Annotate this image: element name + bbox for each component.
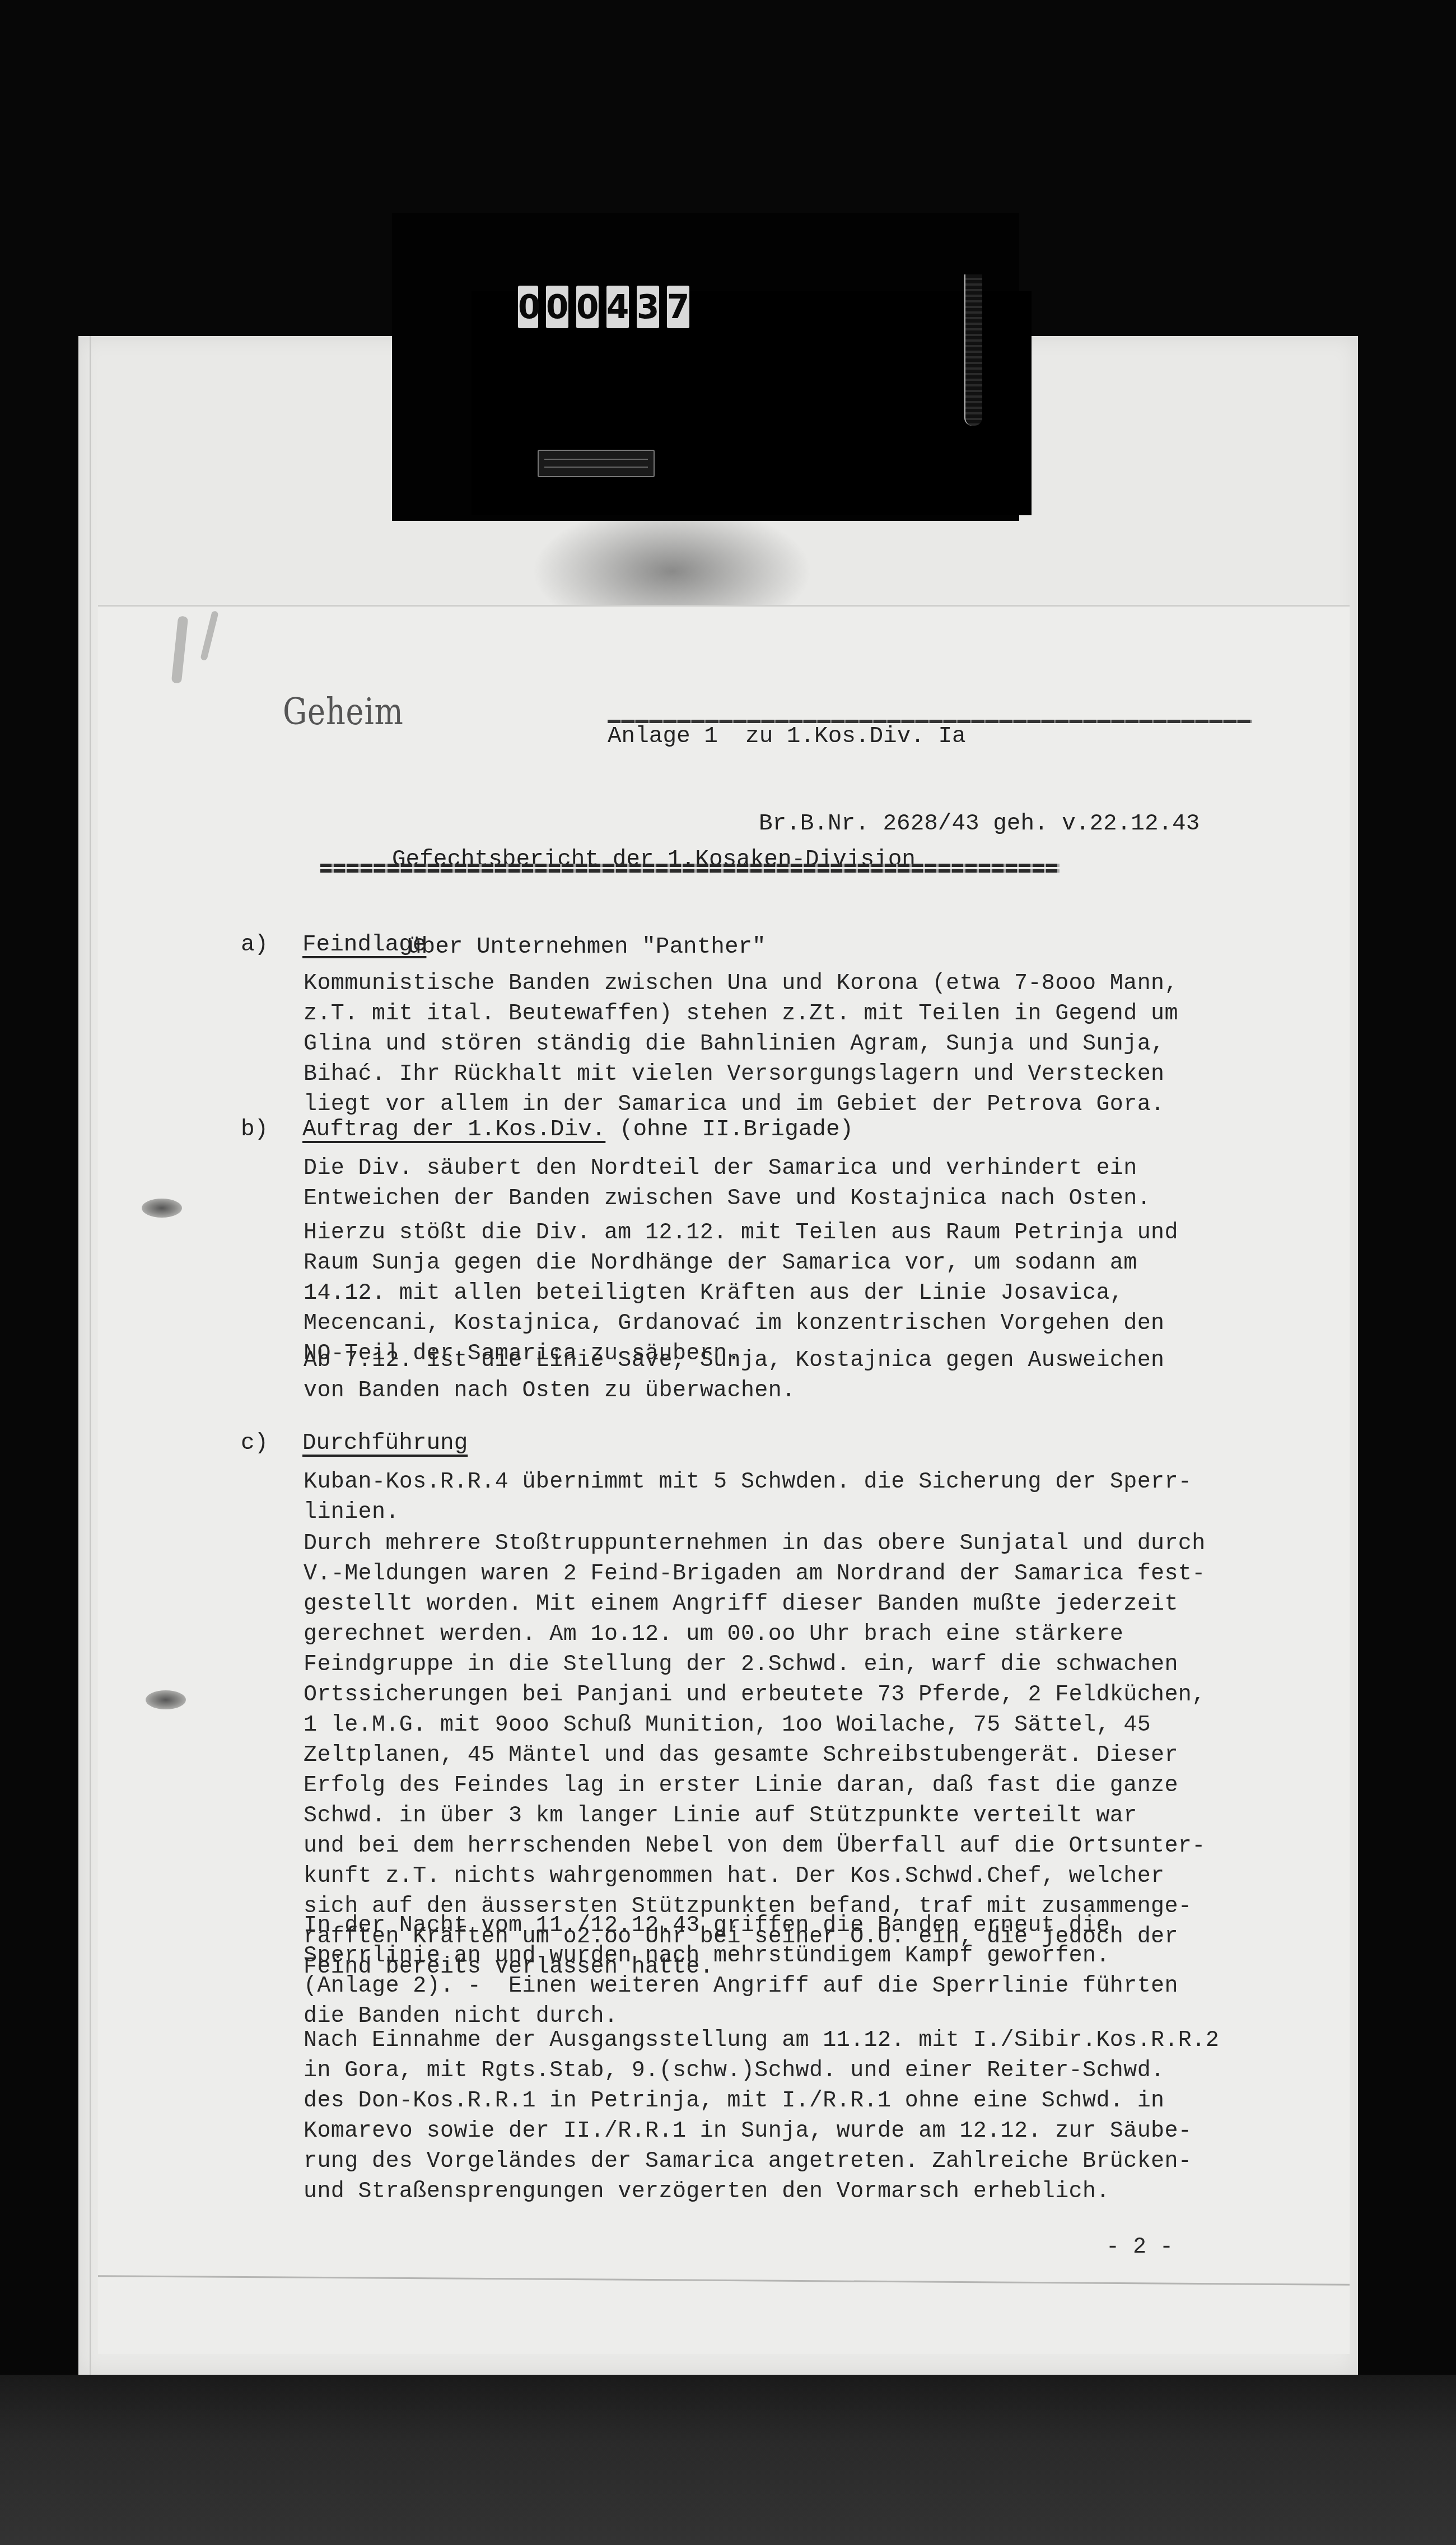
section-letter: b) bbox=[241, 1115, 268, 1145]
section-heading-text: Auftrag der 1.Kos.Div. bbox=[302, 1117, 605, 1143]
counter-digit: 0 bbox=[546, 286, 568, 328]
counter-label-plate bbox=[538, 450, 655, 477]
page-fold-line bbox=[98, 2275, 1350, 2286]
report-title: Gefechtsbericht der 1.Kosaken-Division ü… bbox=[392, 787, 916, 991]
counter-digit: 7 bbox=[667, 286, 689, 328]
paragraph: Die Div. säubert den Nordteil der Samari… bbox=[304, 1154, 1151, 1214]
page-number: - 2 - bbox=[1106, 2235, 1173, 2260]
section-heading: Durchführung bbox=[302, 1428, 468, 1458]
counter-digit: 0 bbox=[518, 286, 538, 328]
film-background bbox=[0, 2375, 1456, 2545]
section-heading: Feindlage bbox=[302, 930, 426, 960]
paragraph: Kuban-Kos.R.R.4 übernimmt mit 5 Schwden.… bbox=[304, 1467, 1192, 1528]
title-double-rule bbox=[320, 864, 1060, 873]
classification-stamp: Geheim bbox=[283, 690, 404, 733]
sheet-edge bbox=[90, 336, 91, 2375]
section-letter: a) bbox=[241, 930, 268, 960]
section-heading-text: Durchführung bbox=[302, 1430, 468, 1456]
section-letter: c) bbox=[241, 1428, 268, 1458]
counter-digit: 3 bbox=[637, 286, 659, 328]
section-heading: Auftrag der 1.Kos.Div. (ohne II.Brigade) bbox=[302, 1115, 853, 1145]
reference-line-1: Anlage 1 zu 1.Kos.Div. Ia bbox=[608, 722, 1200, 751]
punch-hole bbox=[142, 1199, 182, 1218]
punch-hole bbox=[146, 1690, 186, 1709]
frame-counter: 0 0 0 4 3 7 bbox=[518, 286, 689, 328]
reference-underline bbox=[608, 720, 1252, 723]
paragraph: Kommunistische Banden zwischen Una und K… bbox=[304, 969, 1178, 1120]
paragraph: Nach Einnahme der Ausgangsstellung am 11… bbox=[304, 2026, 1219, 2207]
counter-digit: 0 bbox=[576, 286, 599, 328]
counter-knob-icon bbox=[964, 274, 982, 426]
title-line-2: über Unternehmen "Panther" bbox=[392, 933, 916, 962]
paragraph: In der Nacht vom 11./12.12.43 griffen di… bbox=[304, 1911, 1178, 2032]
paragraph: Ab 7.12. ist die Linie Save, Sunja, Kost… bbox=[304, 1346, 1164, 1406]
counter-digit: 4 bbox=[606, 286, 629, 328]
section-heading-suffix: (ohne II.Brigade) bbox=[605, 1117, 853, 1143]
section-heading-text: Feindlage bbox=[302, 932, 426, 958]
